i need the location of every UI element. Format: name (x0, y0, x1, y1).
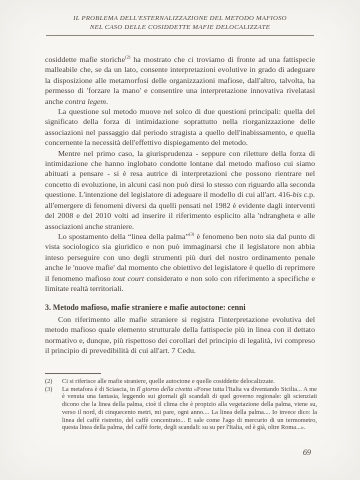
footnote-marker: (2) (45, 378, 62, 386)
footnotes: (2) Ci si riferisce alle mafie straniere… (45, 373, 317, 432)
document-page: IL PROBLEMA DELL'ESTERNALIZZAZIONE DEL M… (0, 0, 360, 480)
footnote-text: Ci si riferisce alle mafie straniere, qu… (62, 378, 317, 386)
footnote-rule (45, 373, 101, 374)
paragraph-4: Lo spostamento della “linea della palma”… (45, 232, 315, 294)
body-text: cosiddette mafie storiche(2) ha mostrato… (45, 55, 315, 356)
paragraph-2: La questione sul metodo muove nel solco … (45, 107, 315, 149)
running-header: IL PROBLEMA DELL'ESTERNALIZZAZIONE DEL M… (0, 15, 360, 36)
running-header-line2: NEL CASO DELLE COSIDDETTE MAFIE DELOCALI… (0, 24, 360, 33)
footnote-marker: (3) (45, 386, 62, 432)
section-heading: 3. Metodo mafioso, mafie straniere e maf… (45, 303, 315, 313)
paragraph-5: Con riferimento alle mafie straniere si … (45, 315, 315, 357)
footnote-3: (3) La metafora è di Sciascia, in Il gio… (45, 386, 317, 432)
footnote-text: La metafora è di Sciascia, in Il giorno … (62, 386, 317, 432)
page-number: 69 (303, 448, 311, 457)
paragraph-1: cosiddette mafie storiche(2) ha mostrato… (45, 55, 315, 107)
paragraph-3: Mentre nel primo caso, la giurisprudenza… (45, 149, 315, 232)
footnote-2: (2) Ci si riferisce alle mafie straniere… (45, 378, 317, 386)
running-header-line1: IL PROBLEMA DELL'ESTERNALIZZAZIONE DEL M… (0, 15, 360, 24)
header-rule (46, 35, 314, 36)
